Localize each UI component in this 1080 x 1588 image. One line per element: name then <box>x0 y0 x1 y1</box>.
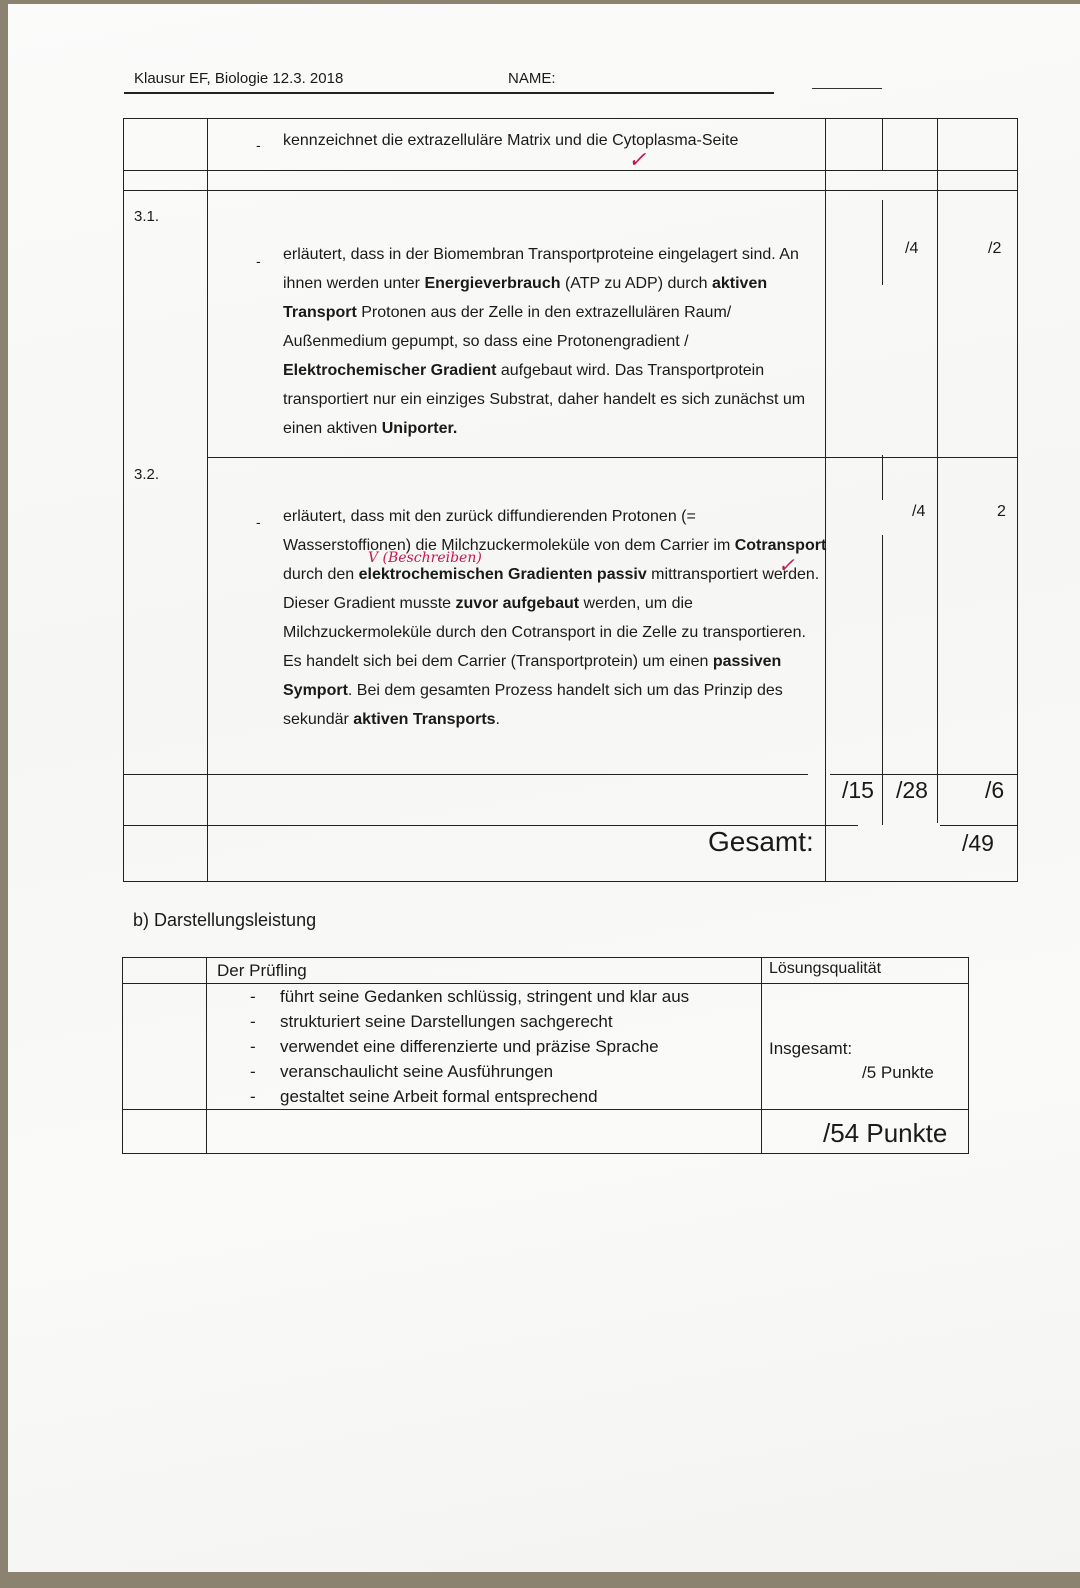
task-number: 3.2. <box>134 466 159 483</box>
total-value: /49 <box>962 830 994 857</box>
col-divider <box>761 957 762 1154</box>
criteria-list: führt seine Gedanken schlüssig, stringen… <box>250 984 689 1109</box>
max-points: /4 <box>912 503 925 521</box>
col-divider <box>882 118 883 170</box>
col-divider <box>882 535 883 825</box>
insgesamt-value: /5 Punkte <box>862 1058 934 1087</box>
row-divider <box>123 774 808 775</box>
criterion-item: verwendet eine differenzierte und präzis… <box>250 1034 689 1059</box>
grand-total: /54 Punkte <box>823 1118 947 1149</box>
max-points: /2 <box>988 240 1001 258</box>
check-mark-icon: ✓ <box>778 553 795 577</box>
row-divider <box>123 170 1018 171</box>
col-divider <box>206 957 207 1154</box>
row-divider <box>122 1109 969 1110</box>
task-number: 3.1. <box>134 208 159 225</box>
criterion-item: führt seine Gedanken schlüssig, stringen… <box>250 984 689 1009</box>
subtotal-a: /15 <box>842 777 874 804</box>
page-header: Klausur EF, Biologie 12.3. 2018 NAME: <box>124 68 774 94</box>
col-divider <box>937 118 938 823</box>
row-divider <box>123 190 1018 191</box>
subtotal-b: /28 <box>896 777 928 804</box>
bullet: - <box>256 514 261 530</box>
check-mark-icon: ✓ <box>628 148 646 173</box>
col-divider <box>825 118 826 882</box>
col-divider <box>207 118 208 882</box>
insgesamt-label: Insgesamt: <box>769 1034 852 1063</box>
name-line <box>812 88 882 89</box>
exam-title: Klausur EF, Biologie 12.3. 2018 <box>134 70 343 87</box>
criterion-item: gestaltet seine Arbeit formal entspreche… <box>250 1084 689 1109</box>
name-label: NAME: <box>508 70 556 87</box>
bullet: - <box>256 137 261 153</box>
expectation-text: erläutert, dass in der Biomembran Transp… <box>283 240 828 443</box>
max-points: 2 <box>997 503 1006 521</box>
section-heading: b) Darstellungsleistung <box>133 910 316 931</box>
total-label: Gesamt: <box>708 826 814 858</box>
row-divider <box>940 825 1018 826</box>
column-header: Der Prüfling <box>217 958 307 984</box>
grading-table <box>123 118 1018 882</box>
bullet: - <box>256 253 261 269</box>
row-divider <box>207 457 1018 458</box>
quality-header: Lösungsqualität <box>769 956 881 982</box>
teacher-annotation: V (Beschreiben) <box>368 550 482 566</box>
col-divider <box>882 200 883 285</box>
row-divider <box>830 774 1018 775</box>
criterion-item: veranschaulicht seine Ausführungen <box>250 1059 689 1084</box>
subtotal-c: /6 <box>985 777 1004 804</box>
criterion-item: strukturiert seine Darstellungen sachger… <box>250 1009 689 1034</box>
criterion-text: kennzeichnet die extrazelluläre Matrix u… <box>283 126 738 155</box>
max-points: /4 <box>905 240 918 258</box>
col-divider <box>882 455 883 500</box>
expectation-text: erläutert, dass mit den zurück diffundie… <box>283 502 828 734</box>
